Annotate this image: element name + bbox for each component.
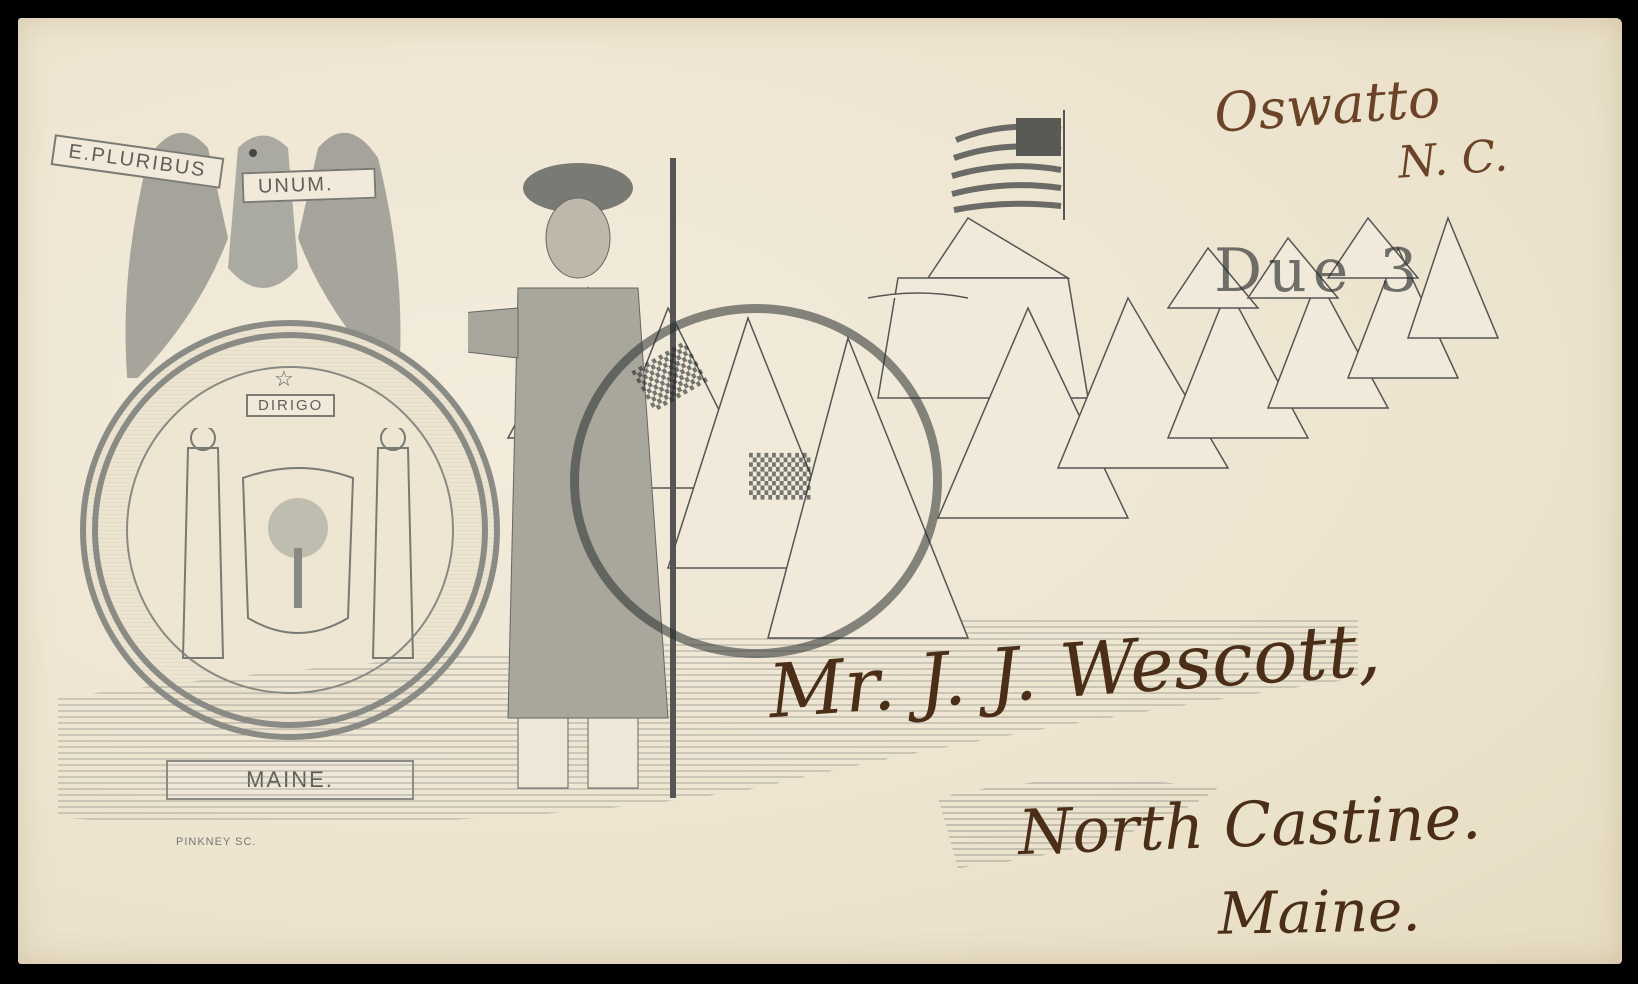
datestamp-text: ▒▒ <box>631 341 708 412</box>
address-town: North Castine. <box>1017 780 1482 869</box>
seal-motto: DIRIGO <box>246 394 335 417</box>
motto-ribbon-right: UNUM. <box>241 168 376 204</box>
envelope: E.PLURIBUS UNUM. ☆ DIRIGO MAINE. PINKNEY… <box>18 18 1622 964</box>
circular-datestamp: ▒▒ ▒▒ <box>570 304 942 658</box>
star-icon: ☆ <box>274 366 294 392</box>
datestamp-text: ▒▒ <box>749 453 811 500</box>
origin-line-2: N. C. <box>1396 130 1509 189</box>
us-flag-icon <box>946 110 1106 220</box>
due-handstamp: Due 3 <box>1214 236 1424 306</box>
origin-line-1: Oswatto <box>1212 66 1442 145</box>
address-state: Maine. <box>1217 876 1421 948</box>
